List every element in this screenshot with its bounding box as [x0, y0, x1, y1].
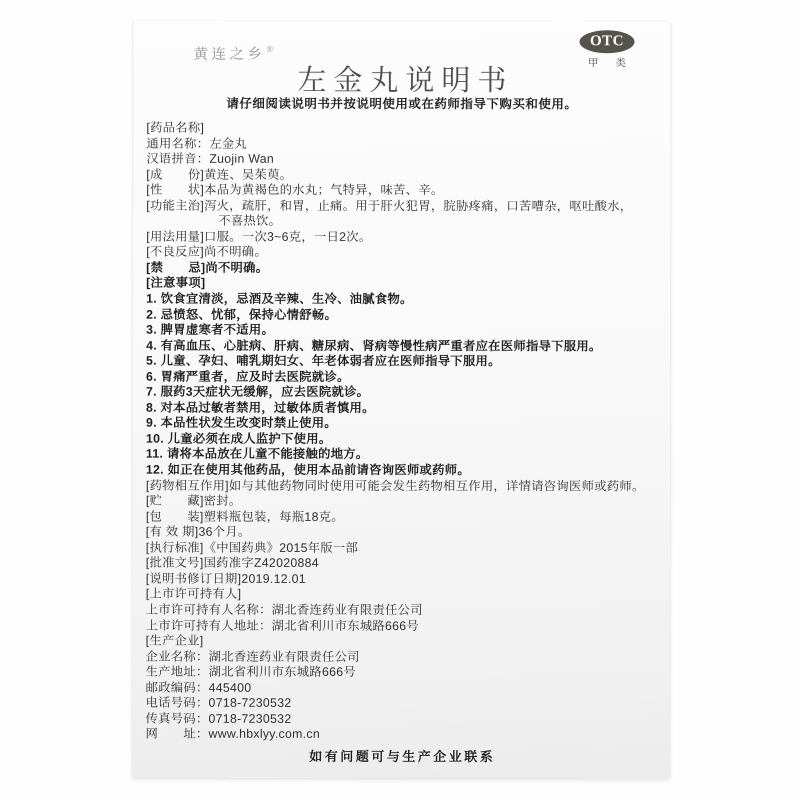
document-line: 7. 服药3天症状无缓解，应去医院就诊。 — [146, 385, 662, 401]
document-line: 1. 饮食宜清淡，忌酒及辛辣、生冷、油腻食物。 — [146, 292, 662, 308]
document-line: [包 装]塑料瓶包装，每瓶18克。 — [146, 509, 662, 525]
document-line: [药品名称] — [146, 121, 662, 137]
document-line: [生产企业] — [146, 634, 662, 650]
document-line: 2. 忌愤怒、忧郁，保持心情舒畅。 — [146, 307, 662, 323]
document-line: 6. 胃痛严重者，应及时去医院就诊。 — [146, 369, 662, 385]
document-line: [注意事项] — [146, 276, 662, 292]
document-line: 通用名称：左金丸 — [146, 136, 662, 152]
package-insert-paper: 黄连之乡® OTC 甲 类 左金丸说明书 请仔细阅读说明书并按说明使用或在药师指… — [132, 21, 670, 779]
document-line: 3. 脾胃虚寒者不适用。 — [146, 323, 662, 339]
document-line: [批准文号]国药准字Z42020884 — [146, 556, 662, 572]
insert-subtitle: 请仔细阅读说明书并按说明使用或在药师指导下购买和使用。 — [133, 97, 670, 112]
document-line: [用法用量]口服。一次3~6克，一日2次。 — [146, 229, 662, 245]
photo-background: 黄连之乡® OTC 甲 类 左金丸说明书 请仔细阅读说明书并按说明使用或在药师指… — [0, 0, 800, 800]
document-line: [上市许可持有人] — [146, 587, 662, 603]
document-line: [性 状]本品为黄褐色的水丸；气特异，味苦、辛。 — [146, 183, 662, 199]
document-line: [执行标准]《中国药典》2015年版一部 — [146, 540, 662, 556]
brand-logo: 黄连之乡® — [193, 43, 273, 64]
document-line: [说明书修订日期]2019.12.01 — [146, 572, 662, 588]
document-line: 5. 儿童、孕妇、哺乳期妇女、年老体弱者应在医师指导下服用。 — [146, 354, 662, 370]
document-line: 生产地址：湖北省利川市东城路666号 — [146, 665, 662, 681]
document-line: 12. 如正在使用其他药品，使用本品前请咨询医师或药师。 — [146, 463, 662, 479]
document-line: 汉语拼音：Zuojin Wan — [146, 152, 662, 168]
document-line: 不喜热饮。 — [146, 214, 662, 230]
document-line: 企业名称：湖北香连药业有限责任公司 — [146, 649, 662, 665]
document-line: 8. 对本品过敏者禁用，过敏体质者慎用。 — [146, 400, 662, 416]
document-line: [成 份]黄连、吴茱萸。 — [146, 167, 662, 183]
document-line: [贮 藏]密封。 — [146, 494, 662, 510]
brand-name: 黄连之乡 — [193, 47, 265, 63]
registered-mark: ® — [266, 44, 273, 54]
document-line: 10. 儿童必须在成人监护下使用。 — [146, 432, 662, 448]
document-line: [有 效 期]36个月。 — [146, 525, 662, 541]
document-line: 网 址：www.hbxlyy.com.cn — [146, 727, 662, 743]
document-line: 邮政编码：445400 — [146, 680, 662, 696]
document-line: 4. 有高血压、心脏病、肝病、糖尿病、肾病等慢性病严重者应在医师指导下服用。 — [146, 338, 662, 354]
otc-badge: OTC — [579, 30, 634, 53]
insert-title: 左金丸说明书 — [133, 65, 670, 98]
document-line: 9. 本品性状发生改变时禁止使用。 — [146, 416, 662, 432]
document-line: 电话号码：0718-7230532 — [146, 696, 662, 712]
document-line: 上市许可持有人名称：湖北香连药业有限责任公司 — [146, 603, 662, 619]
document-line: [禁 忌]尚不明确。 — [146, 261, 662, 277]
document-line: 11. 请将本品放在儿童不能接触的地方。 — [146, 447, 662, 463]
document-lines: [药品名称]通用名称：左金丸汉语拼音：Zuojin Wan[成 份]黄连、吴茱萸… — [146, 121, 663, 744]
document-line: 传真号码：0718-7230532 — [146, 711, 662, 727]
document-line: [不良反应]尚不明确。 — [146, 245, 662, 261]
document-line: 上市许可持有人地址：湖北省利川市东城路666号 — [146, 618, 662, 634]
insert-footer: 如有问题可与生产企业联系 — [132, 749, 669, 766]
document-line: [药物相互作用]如与其他药物同时使用可能会发生药物相互作用，详情请咨询医师或药师… — [146, 478, 662, 494]
document-line: [功能主治]泻火，疏肝，和胃，止痛。用于肝火犯胃，脘胁疼痛，口苦嘈杂，呕吐酸水， — [146, 198, 662, 214]
